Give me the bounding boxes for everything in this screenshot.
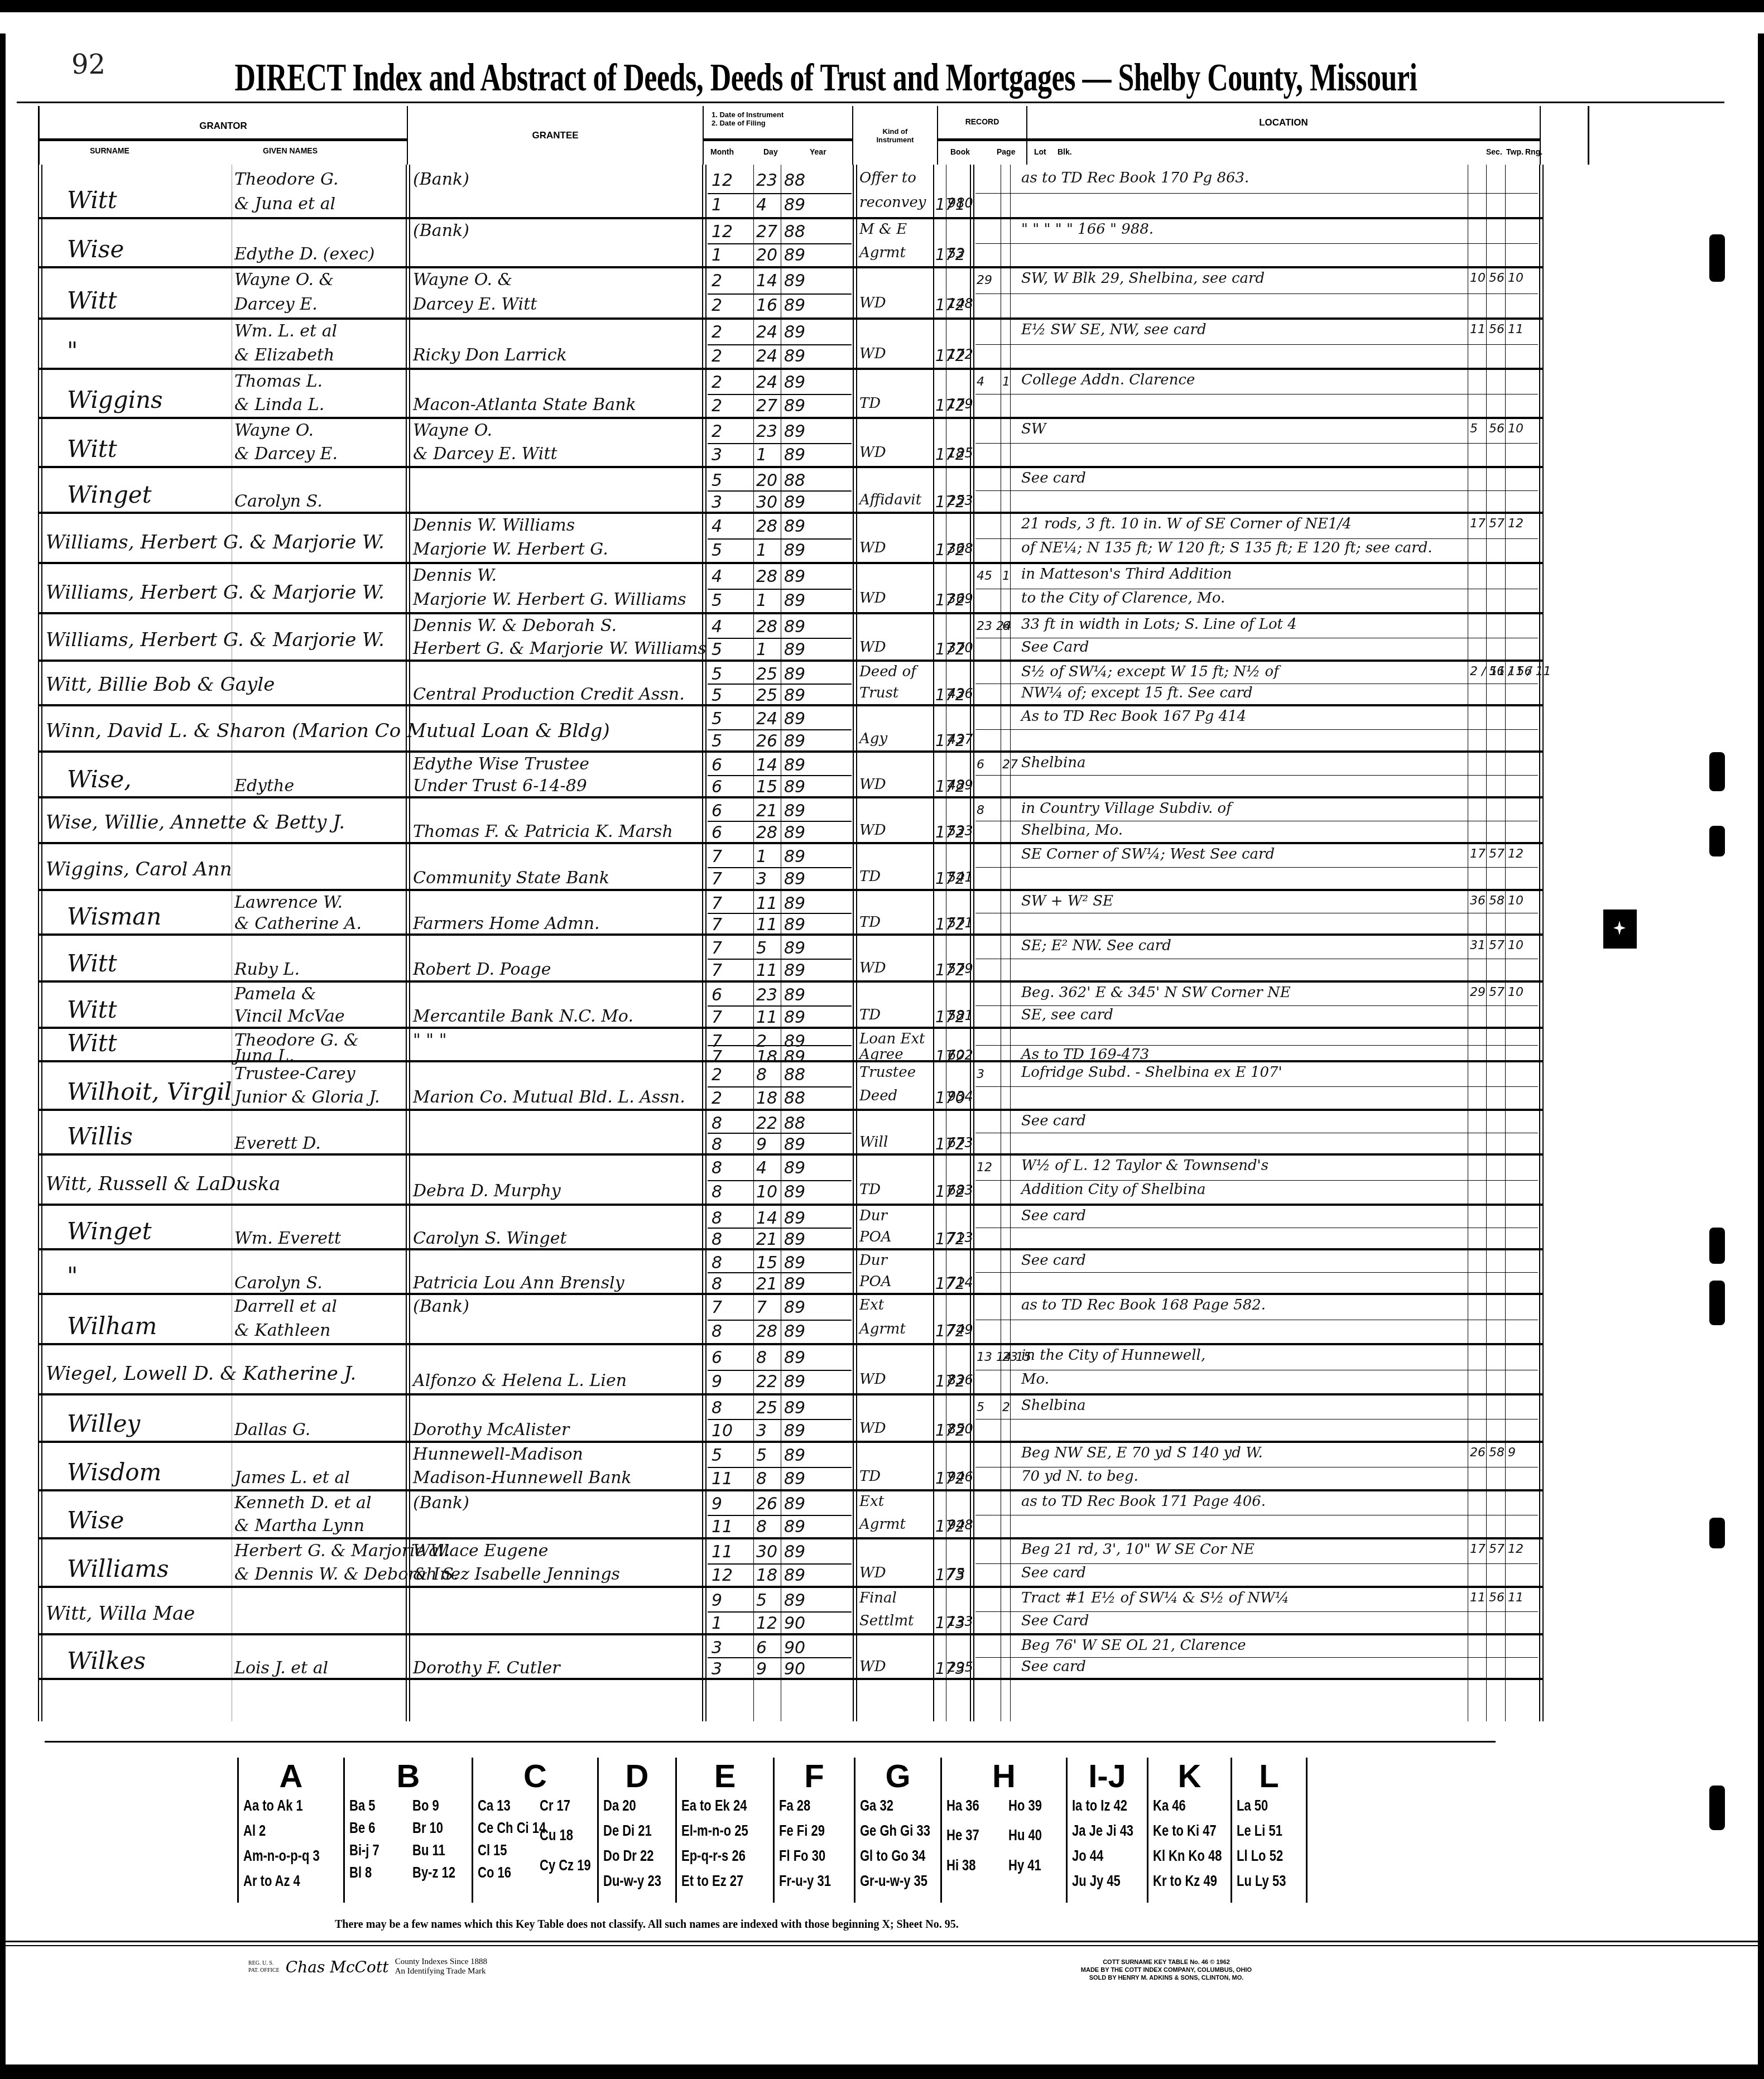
publisher-info: COTT SURNAME KEY TABLE No. 46 © 1962 MAD…	[1038, 1958, 1295, 1982]
header-blk: Blk.	[1058, 147, 1072, 156]
location-line1: See card	[1021, 1207, 1086, 1224]
instrument-date-year: 89	[784, 422, 805, 441]
location-range: 12	[1508, 517, 1523, 531]
grantor-given-line2: Edythe D. (exec)	[234, 244, 374, 264]
ledger-entry-row[interactable]: WittPamela &Vincil McVaeMercantile Bank …	[0, 982, 1764, 1028]
ledger-entry-row[interactable]: Wiggins, Carol AnnCommunity State Bank71…	[0, 844, 1764, 891]
filing-date-month: 5	[712, 731, 722, 751]
filing-date-day: 28	[756, 1322, 777, 1341]
grantor-given-line2: Vincil McVae	[234, 1007, 345, 1026]
grantee-line2: Dorothy F. Cutler	[413, 1658, 560, 1678]
grantee-line1: Dennis W. & Deborah S.	[413, 616, 617, 636]
location-line2: See card	[1021, 1658, 1086, 1675]
instrument-kind-line1: Ext	[859, 1297, 884, 1313]
filing-date-month: 5	[712, 591, 722, 610]
grantee-line2: Community State Bank	[413, 868, 609, 888]
ledger-entry-row[interactable]: WingetCarolyn S.5208833089Affidavit17225…	[0, 468, 1764, 513]
instrument-kind-line1: Trustee	[859, 1064, 916, 1081]
location-divider	[975, 1320, 1538, 1320]
location-township: 57	[1489, 985, 1505, 999]
star-marker-icon	[1603, 909, 1637, 949]
filing-date-day: 1	[756, 591, 767, 610]
instrument-kind-line2: POA	[859, 1273, 892, 1290]
instrument-date-month: 4	[712, 617, 722, 637]
ledger-entry-row[interactable]: WisdomJames L. et alHunnewell-MadisonMad…	[0, 1442, 1764, 1491]
instrument-date-day: 6	[756, 1638, 767, 1658]
key-entry: Du-w-y 23	[603, 1872, 661, 1890]
location-range: 11	[1508, 1591, 1523, 1605]
grantee-line1: (Bank)	[413, 1297, 469, 1316]
grantee-line2: Patricia Lou Ann Brensly	[413, 1273, 624, 1293]
filing-date-day: 1	[756, 640, 767, 660]
filing-date-month: 8	[712, 1135, 722, 1154]
filing-date-day: 11	[756, 961, 777, 980]
ledger-entry-row[interactable]: WiseEdythe D. (exec)(Bank)12278812089M &…	[0, 219, 1764, 268]
dates-line2: 2. Date of Filing	[712, 119, 766, 127]
record-page: 946	[948, 1469, 973, 1485]
instrument-date-year: 89	[784, 271, 805, 291]
filing-date-month: 11	[712, 1517, 733, 1537]
instrument-kind-line2: reconvey	[859, 194, 926, 211]
instrument-date-day: 14	[756, 755, 777, 775]
grantor-given-line2: Carolyn S.	[234, 1273, 323, 1293]
date-divider	[708, 1228, 852, 1229]
ledger-entry-row[interactable]: WilkesLois J. et alDorothy F. Cutler3690…	[0, 1635, 1764, 1679]
instrument-date-month: 3	[712, 1638, 722, 1658]
location-divider	[975, 490, 1538, 491]
dates-line1: 1. Date of Instrument	[712, 110, 784, 119]
grantee-line2: & Inez Isabelle Jennings	[413, 1565, 620, 1584]
ledger-entry-row[interactable]: WilleyDallas G.Dorothy McAlister82589103…	[0, 1395, 1764, 1442]
ledger-entry-row[interactable]: WilhamDarrell et al& Kathleen(Bank)77898…	[0, 1294, 1764, 1345]
filing-date-year: 89	[784, 823, 805, 843]
grantee-line2: Central Production Credit Assn.	[413, 685, 685, 704]
instrument-kind-line2: WD	[859, 639, 886, 656]
key-entry: Ju Jy 45	[1072, 1872, 1121, 1890]
grantor-surname: Williams, Herbert G. & Marjorie W.	[46, 531, 384, 554]
instrument-date-month: 2	[712, 373, 722, 392]
grantor-surname: Wilhoit, Virgil	[67, 1078, 232, 1105]
ledger-entry-row[interactable]: WiseKenneth D. et al& Martha Lynn(Bank)9…	[0, 1491, 1764, 1539]
key-entry: Fl Fo 30	[779, 1847, 825, 1865]
record-page: 368	[948, 541, 973, 556]
location-line1: SE Corner of SW¼; West See card	[1021, 846, 1275, 863]
date-divider	[708, 821, 852, 822]
instrument-date-month: 8	[712, 1209, 722, 1228]
grantee-label: GRANTEE	[532, 130, 578, 141]
kind-line2: Instrument	[876, 136, 914, 144]
instrument-kind-line2: WD	[859, 960, 886, 976]
filing-date-day: 24	[756, 346, 777, 366]
instrument-kind-line2: Agy	[859, 730, 887, 747]
instrument-kind-line2: Settlmt	[859, 1613, 914, 1629]
ledger-entry-row[interactable]: "Wm. L. et al& ElizabethRicky Don Larric…	[0, 319, 1764, 369]
instrument-date-month: 5	[712, 471, 722, 490]
ledger-entry-row[interactable]: Williams, Herbert G. & Marjorie W.Dennis…	[0, 614, 1764, 661]
filing-date-year: 89	[784, 915, 805, 935]
instrument-kind-line2: Agrmt	[859, 1516, 906, 1533]
key-column-c: CCa 13Ce Ch Ci 14Cl 15Co 16Cr 17Cu 18Cy …	[472, 1758, 597, 1903]
filing-date-day: 1	[756, 541, 767, 560]
location-divider	[975, 1370, 1538, 1370]
grantee-line2: Marjorie W. Herbert G.	[413, 540, 608, 559]
location-township: 57	[1489, 517, 1505, 531]
ledger-entry-row[interactable]: WittTheodore G. &Juna L." " "728971889Lo…	[0, 1028, 1764, 1062]
key-column-b: BBa 5Be 6Bi-j 7Bl 8Bo 9Br 10Bu 11By-z 12	[343, 1758, 472, 1903]
instrument-date-day: 25	[756, 665, 777, 684]
filing-date-month: 1	[712, 246, 722, 265]
filing-date-day: 18	[756, 1566, 777, 1585]
key-entry: Bl 8	[349, 1864, 372, 1882]
filing-date-year: 90	[784, 1614, 805, 1633]
ledger-entry-row[interactable]: WittWayne O.& Darcey E.Wayne O.& Darcey …	[0, 418, 1764, 468]
ledger-entry-row[interactable]: Witt, Billie Bob & GayleCentral Producti…	[0, 661, 1764, 706]
ledger-entry-row[interactable]: Wilhoit, VirgilTrustee-CareyJunior & Glo…	[0, 1062, 1764, 1110]
key-column-e: EEa to Ek 24El-m-n-o 25Ep-q-r-s 26Et to …	[675, 1758, 773, 1903]
ledger-entry-row[interactable]: WillisEverett D.822888989Will172673See c…	[0, 1110, 1764, 1155]
cott-trademark: REG. U. S.PAT. OFFICE Chas McCott County…	[248, 1957, 487, 1976]
location-line1: S½ of SW¼; except W 15 ft; N½ of	[1021, 663, 1279, 680]
location-township: 56	[1489, 323, 1505, 336]
instrument-date-day: 27	[756, 222, 777, 242]
date-divider	[708, 394, 852, 395]
key-entry: La 50	[1237, 1797, 1268, 1815]
location-line1: SW + W² SE	[1021, 893, 1113, 909]
filing-date-year: 88	[784, 1089, 805, 1108]
location-divider	[975, 1133, 1538, 1133]
key-entry: He 37	[946, 1826, 979, 1845]
instrument-date-day: 28	[756, 617, 777, 637]
filing-date-month: 7	[712, 1008, 722, 1027]
record-page: 185	[948, 445, 973, 461]
margin-tab	[1709, 752, 1725, 791]
location-line2: of NE¼; N 135 ft; W 120 ft; S 135 ft; E …	[1021, 540, 1433, 556]
location-line2: SE, see card	[1021, 1007, 1113, 1023]
ledger-entry-row[interactable]: Witt, Russell & LaDuskaDebra D. Murphy84…	[0, 1155, 1764, 1205]
instrument-date-month: 7	[712, 847, 722, 867]
location-lot: 6	[977, 758, 984, 772]
filing-date-month: 8	[712, 1322, 722, 1341]
location-divider	[975, 293, 1538, 294]
record-page: 673	[948, 1135, 973, 1151]
key-entry: Et to Ez 27	[681, 1872, 743, 1890]
location-line1: W½ of L. 12 Taylor & Townsend's	[1021, 1157, 1268, 1174]
record-page: 571	[948, 915, 973, 931]
date-divider	[708, 589, 852, 590]
key-entry: Da 20	[603, 1797, 636, 1815]
instrument-kind-line2: TD	[859, 1468, 881, 1485]
grantor-given-line2: & Darcey E.	[234, 444, 338, 464]
filing-date-day: 30	[756, 493, 777, 512]
instrument-kind-line1: Deed of	[859, 663, 916, 680]
grantee-line2: Darcey E. Witt	[413, 295, 537, 314]
filing-date-year: 89	[784, 731, 805, 751]
key-entry: Jo 44	[1072, 1847, 1103, 1865]
location-label: LOCATION	[1259, 117, 1308, 128]
key-letter: A	[239, 1758, 343, 1795]
location-line2: to the City of Clarence, Mo.	[1021, 590, 1225, 607]
date-divider	[708, 1045, 852, 1046]
instrument-date-year: 89	[784, 985, 805, 1005]
grantor-surname: Witt, Willa Mae	[46, 1602, 195, 1625]
grantor-surname: Winget	[67, 1217, 152, 1245]
grantee-line1: Hunnewell-Madison	[413, 1445, 583, 1464]
filing-date-month: 2	[712, 396, 722, 416]
grantor-surname: Williams, Herbert G. & Marjorie W.	[46, 629, 384, 651]
instrument-date-year: 89	[784, 517, 805, 536]
location-line2: Addition City of Shelbina	[1021, 1181, 1205, 1198]
ledger-entry-row[interactable]: Wise, Willie, Annette & Betty J.Thomas F…	[0, 798, 1764, 844]
grantor-given-line1: Thomas L.	[234, 372, 323, 391]
key-entry: Ea to Ek 24	[681, 1797, 747, 1815]
location-line1: See card	[1021, 1113, 1086, 1129]
instrument-date-month: 6	[712, 801, 722, 821]
filing-date-year: 89	[784, 1517, 805, 1537]
location-range: 11	[1508, 323, 1523, 336]
grantor-given-line1: Lawrence W.	[234, 893, 343, 912]
location-divider	[975, 1563, 1538, 1564]
surname-key-table: AAa to Ak 1Al 2Am-n-o-p-q 3Ar to Az 4BBa…	[237, 1758, 1353, 1903]
location-section: 10	[1470, 271, 1486, 285]
instrument-kind-line2: TD	[859, 1007, 881, 1023]
key-letter: L	[1232, 1758, 1306, 1795]
instrument-kind-line2: TD	[859, 868, 881, 885]
location-divider	[975, 394, 1538, 394]
record-page: 836	[948, 1372, 973, 1388]
ledger-entry-row[interactable]: WittRuby L.Robert D. Poage758971189WD172…	[0, 935, 1764, 982]
margin-tab	[1709, 1518, 1725, 1548]
instrument-kind-line2: WD	[859, 444, 886, 461]
instrument-date-year: 89	[784, 1542, 805, 1562]
location-line1: See card	[1021, 1252, 1086, 1269]
key-entry: Bo 9	[412, 1797, 439, 1815]
location-lot: 3	[977, 1067, 984, 1081]
reg-line2: PAT. OFFICE	[248, 1967, 280, 1974]
header-given-names: GIVEN NAMES	[263, 146, 318, 155]
record-page: 437	[948, 731, 973, 747]
location-line1: College Addn. Clarence	[1021, 372, 1195, 388]
key-column-g: GGa 32Ge Gh Gi 33Gl to Go 34Gr-u-w-y 35	[854, 1758, 940, 1903]
location-divider	[975, 243, 1538, 244]
filing-date-month: 3	[712, 445, 722, 465]
key-column-a: AAa to Ak 1Al 2Am-n-o-p-q 3Ar to Az 4	[237, 1758, 343, 1903]
location-divider	[975, 1419, 1538, 1419]
instrument-date-month: 12	[712, 222, 733, 242]
location-section: 11	[1470, 1591, 1486, 1605]
instrument-date-year: 88	[784, 1114, 805, 1133]
instrument-date-month: 7	[712, 1298, 722, 1317]
key-entry: Ca 13	[478, 1797, 511, 1815]
instrument-date-day: 23	[756, 171, 777, 190]
key-entry: Fr-u-y 31	[779, 1872, 831, 1890]
instrument-date-month: 8	[712, 1253, 722, 1273]
header-page: Page	[997, 147, 1015, 156]
grantor-given-line2: & Juna et al	[234, 194, 335, 214]
key-entry: Gr-u-w-y 35	[860, 1872, 927, 1890]
date-divider	[708, 443, 852, 444]
location-divider	[975, 589, 1538, 589]
grantor-given-line2: & Linda L.	[234, 395, 324, 415]
filing-date-year: 89	[784, 1008, 805, 1027]
header-surname: SURNAME	[90, 146, 129, 155]
instrument-date-day: 5	[756, 939, 767, 958]
instrument-kind-line1: Ext	[859, 1493, 884, 1510]
ledger-entry-row[interactable]: WittWayne O. &Darcey E.Wayne O. &Darcey …	[0, 268, 1764, 319]
filing-date-month: 3	[712, 493, 722, 512]
ledger-entry-row[interactable]: Witt, Willa Mae958911290FinalSettlmt1731…	[0, 1587, 1764, 1635]
filing-date-month: 5	[712, 541, 722, 560]
date-divider	[708, 959, 852, 960]
record-page: 948	[948, 1517, 973, 1533]
filing-date-day: 27	[756, 396, 777, 416]
location-line1: 21 rods, 3 ft. 10 in. W of SE Corner of …	[1021, 516, 1352, 532]
instrument-date-year: 89	[784, 617, 805, 637]
key-entry: Ep-q-r-s 26	[681, 1847, 746, 1865]
filing-date-year: 89	[784, 296, 805, 315]
grantee-line2: Carolyn S. Winget	[413, 1229, 566, 1248]
location-divider	[975, 959, 1538, 959]
ledger-entry-row[interactable]: Williams, Herbert G. & Marjorie W.Dennis…	[0, 564, 1764, 614]
filing-date-year: 89	[784, 1322, 805, 1341]
location-divider	[975, 344, 1538, 345]
instrument-date-day: 26	[756, 1494, 777, 1514]
location-section: 29	[1470, 985, 1486, 999]
grantee-line2: Marjorie W. Herbert G. Williams	[413, 590, 686, 609]
ledger-entry-row[interactable]: Wise,EdytheEdythe Wise TrusteeUnder Trus…	[0, 752, 1764, 798]
record-page: 172	[948, 346, 973, 362]
key-entry: Al 2	[243, 1822, 266, 1840]
trademark-signature: Chas McCott	[286, 1963, 389, 1971]
grantor-given-line1: Pamela &	[234, 984, 316, 1004]
key-entry: Br 10	[412, 1819, 443, 1837]
filing-date-month: 3	[712, 1659, 722, 1679]
instrument-date-day: 24	[756, 709, 777, 729]
instrument-date-day: 1	[756, 847, 767, 867]
instrument-date-month: 8	[712, 1158, 722, 1178]
grantor-given-line1: Wm. L. et al	[234, 321, 337, 341]
filing-date-year: 89	[784, 1566, 805, 1585]
ledger-entry-row[interactable]: WingetWm. EverettCarolyn S. Winget814898…	[0, 1205, 1764, 1250]
location-lot: 12	[977, 1161, 992, 1175]
ledger-entry-row[interactable]: WittTheodore G.& Juna et al(Bank)1223881…	[0, 167, 1764, 219]
grantor-surname: Wise, Willie, Annette & Betty J.	[46, 811, 345, 834]
location-lot: 29	[977, 273, 992, 287]
instrument-date-month: 4	[712, 517, 722, 536]
grantee-line2: Debra D. Murphy	[413, 1181, 561, 1201]
grantor-surname: Wiggins	[67, 386, 163, 413]
publisher-line3: SOLD BY HENRY M. ADKINS & SONS, CLINTON,…	[1038, 1974, 1295, 1982]
location-township: 56	[1489, 1591, 1505, 1605]
instrument-date-day: 28	[756, 567, 777, 586]
location-range: 11 / 11	[1508, 665, 1551, 678]
key-entry: El-m-n-o 25	[681, 1822, 748, 1840]
grantee-line2: Dorothy McAlister	[413, 1420, 569, 1440]
instrument-date-year: 89	[784, 323, 805, 342]
location-divider	[975, 729, 1538, 730]
grantor-surname: Witt	[67, 950, 117, 977]
instrument-date-day: 11	[756, 894, 777, 913]
instrument-date-year: 89	[784, 1591, 805, 1610]
key-entry: Ja Je Ji 43	[1072, 1822, 1133, 1840]
filing-date-day: 4	[756, 195, 767, 215]
filing-date-day: 20	[756, 246, 777, 265]
location-section: 36	[1470, 894, 1486, 908]
date-divider	[708, 1515, 852, 1516]
key-entry: Be 6	[349, 1819, 375, 1837]
location-divider	[975, 1228, 1538, 1228]
ledger-header: GRANTOR SURNAME GIVEN NAMES GRANTEE 1. D…	[38, 106, 1589, 165]
ledger-entry-row[interactable]: Wiegel, Lowell D. & Katherine J.Alfonzo …	[0, 1345, 1764, 1395]
margin-tab	[1709, 234, 1725, 282]
location-line1: SW	[1021, 421, 1046, 437]
grantee-line1: (Bank)	[413, 170, 469, 189]
reg-line1: REG. U. S.	[248, 1960, 273, 1966]
location-divider	[975, 1515, 1538, 1515]
header-rng: Rng.	[1525, 147, 1542, 156]
instrument-date-year: 89	[784, 1298, 805, 1317]
location-divider	[975, 1467, 1538, 1467]
filing-date-year: 89	[784, 961, 805, 980]
ledger-entry-row[interactable]: WigginsThomas L.& Linda L.Macon-Atlanta …	[0, 369, 1764, 418]
filing-date-month: 1	[712, 1614, 722, 1633]
location-line2: 70 yd N. to beg.	[1021, 1468, 1138, 1485]
grantor-surname: Willey	[67, 1410, 140, 1437]
instrument-date-year: 88	[784, 171, 805, 190]
grantee-line1: Dennis W. Williams	[413, 516, 575, 535]
grantor-given-line2: & Kathleen	[234, 1321, 330, 1340]
grantee-line2: Ricky Don Larrick	[413, 345, 567, 365]
filing-date-day: 3	[756, 1421, 767, 1441]
ledger-entry-row[interactable]: WilliamsHerbert G. & Marjorie W.& Dennis…	[0, 1539, 1764, 1587]
key-entry: Ba 5	[349, 1797, 375, 1815]
key-entry: Bi-j 7	[349, 1841, 379, 1860]
record-page: 53	[948, 246, 965, 261]
grantee-line1: Wayne O.	[413, 421, 492, 440]
key-column-l: LLa 50Le Li 51Ll Lo 52Lu Ly 53	[1231, 1758, 1306, 1903]
instrument-date-day: 5	[756, 1446, 767, 1465]
grantor-given-line1: Darrell et al	[234, 1297, 337, 1316]
date-divider	[708, 490, 852, 492]
ledger-entry-row[interactable]: "Carolyn S.Patricia Lou Ann Brensly81589…	[0, 1250, 1764, 1294]
margin-tab	[1709, 826, 1725, 856]
filing-date-day: 1	[756, 445, 767, 465]
ledger-entry-row[interactable]: Winn, David L. & Sharon (Marion Co Mutua…	[0, 706, 1764, 752]
key-entry: Aa to Ak 1	[243, 1797, 303, 1815]
location-divider	[975, 1272, 1538, 1273]
date-divider	[708, 1563, 852, 1565]
key-entry: Hu 40	[1008, 1826, 1042, 1845]
key-entry: Ka 46	[1153, 1797, 1186, 1815]
ledger-entry-row[interactable]: WismanLawrence W.& Catherine A.Farmers H…	[0, 891, 1764, 935]
date-divider	[708, 538, 852, 540]
grantee-line1: (Bank)	[413, 1493, 469, 1513]
filing-date-day: 8	[756, 1517, 767, 1537]
ledger-entry-row[interactable]: Williams, Herbert G. & Marjorie W.Dennis…	[0, 513, 1764, 564]
filing-date-day: 25	[756, 686, 777, 705]
key-table-note: There may be a few names which this Key …	[335, 1918, 959, 1931]
instrument-date-year: 89	[784, 755, 805, 775]
record-page: 579	[948, 961, 973, 976]
instrument-date-year: 89	[784, 567, 805, 586]
instrument-date-month: 11	[712, 1542, 733, 1562]
instrument-date-month: 6	[712, 755, 722, 775]
instrument-kind-line2: Deed	[859, 1087, 897, 1104]
grantee-line2: Alfonzo & Helena L. Lien	[413, 1371, 627, 1390]
grantee-line1: Dennis W.	[413, 566, 497, 585]
date-divider	[708, 1180, 852, 1181]
instrument-kind-line1: Dur	[859, 1252, 887, 1269]
key-entry: Ga 32	[860, 1797, 893, 1815]
